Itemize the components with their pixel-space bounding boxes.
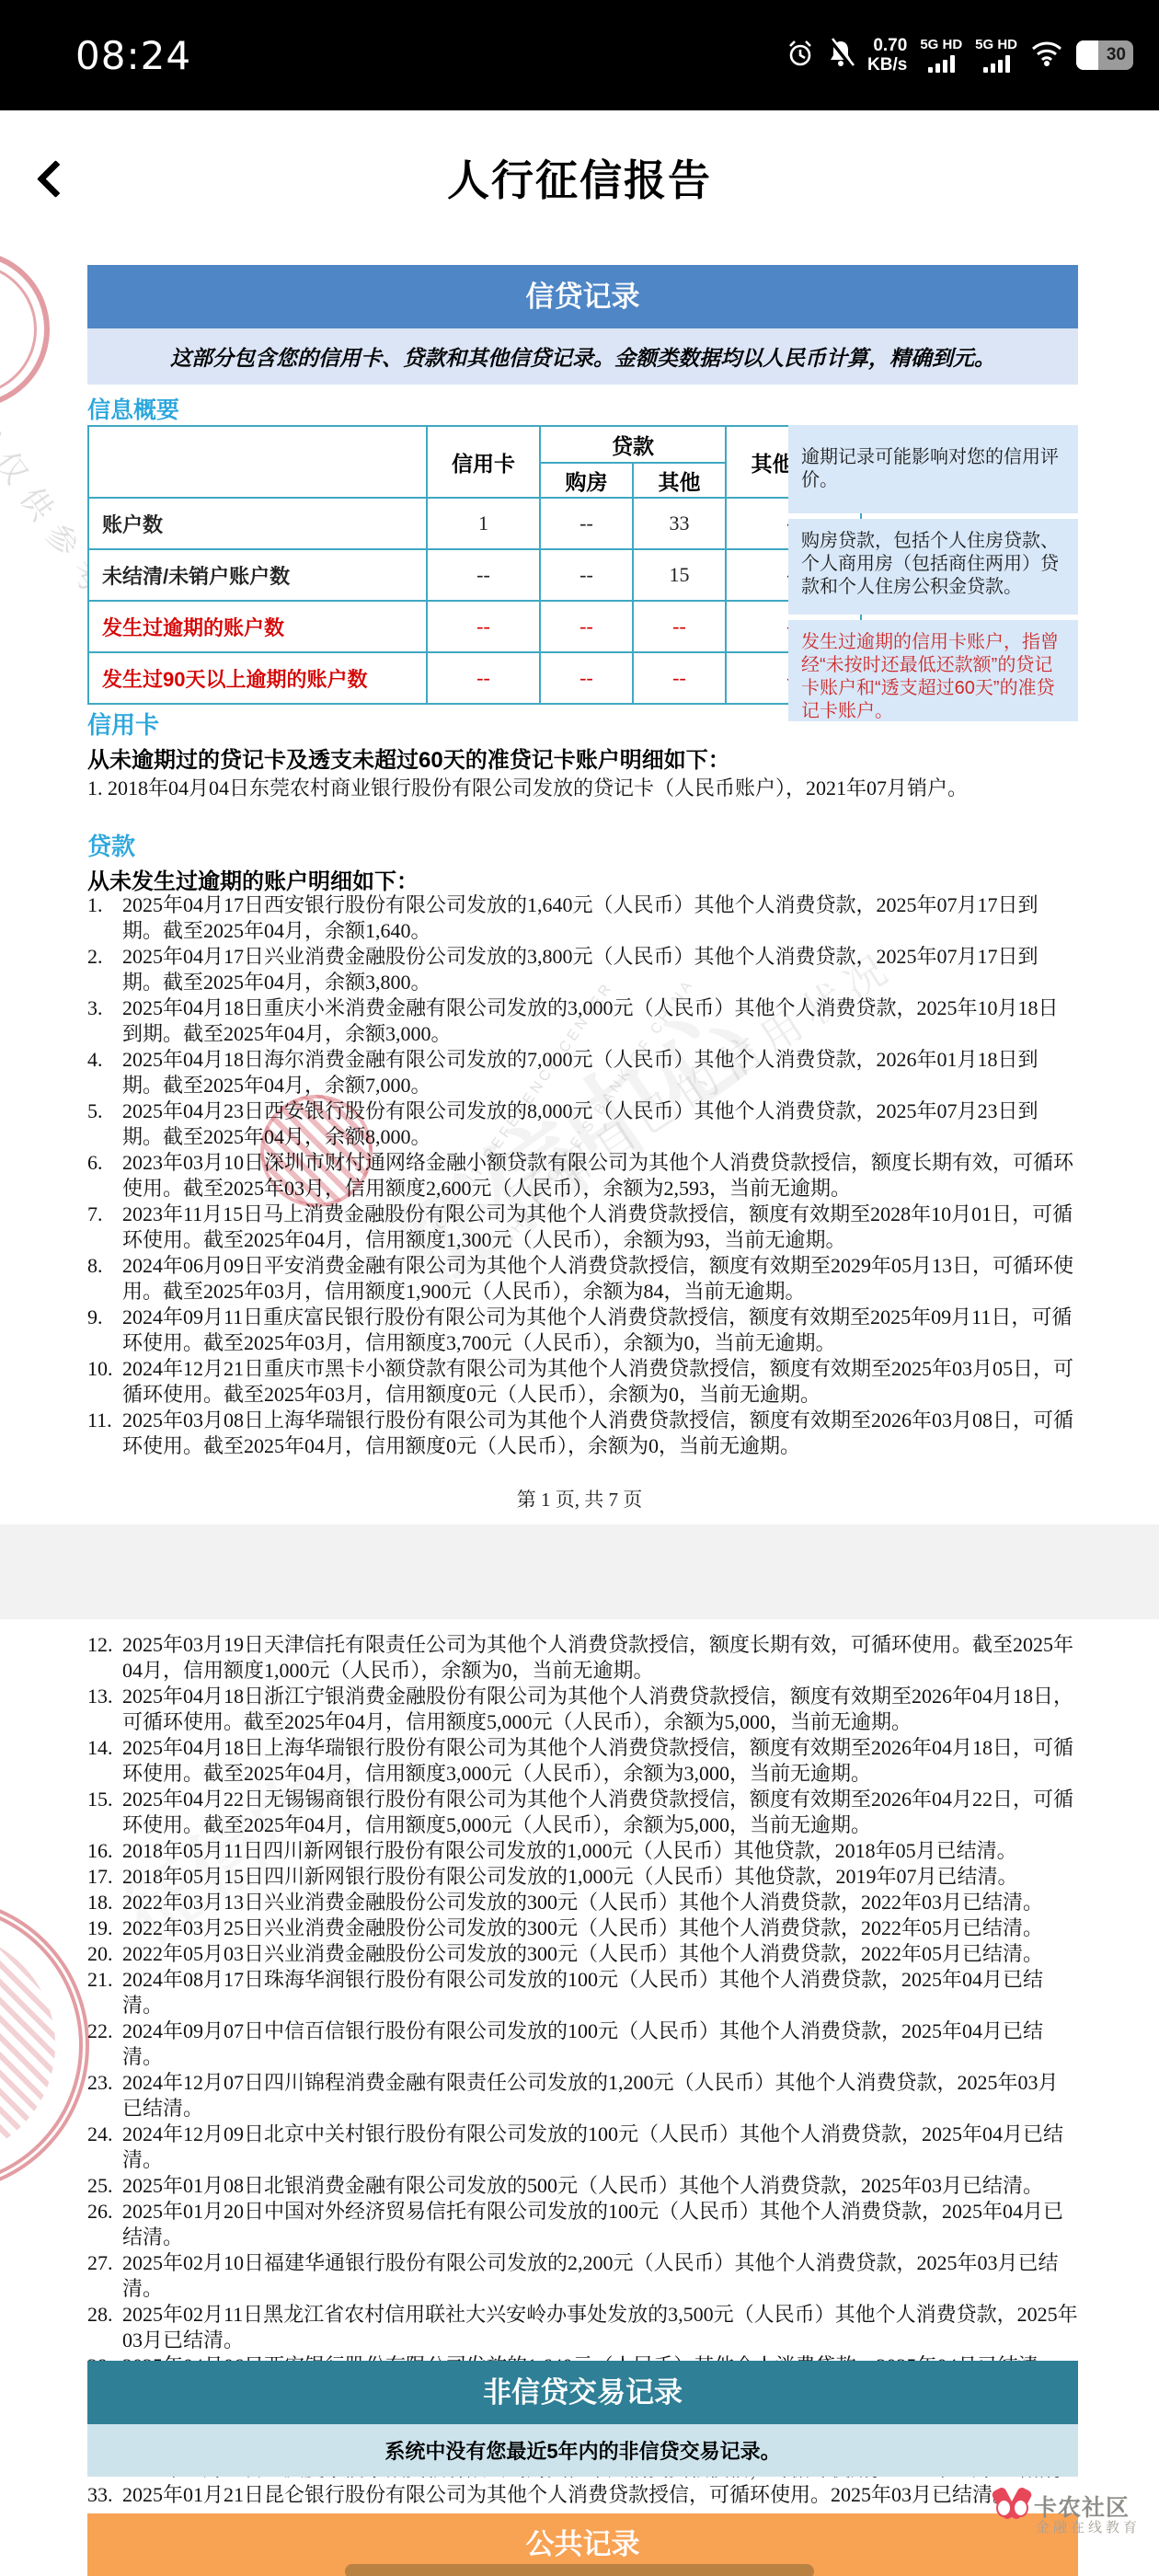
loan-item: 12.2025年03月19日天津信托有限责任公司为其他个人消费贷款授信，额度长期… [87,1632,1078,1684]
note-overdue-hint: 逾期记录可能影响对您的信用评价。 [788,425,1078,513]
loan-item-text: 2025年04月18日浙江宁银消费金融股份有限公司为其他个人消费贷款授信，额度有… [122,1684,1078,1735]
loan-item-text: 2024年09月07日中信百信银行股份有限公司发放的100元（人民币）其他个人消… [122,2018,1078,2070]
credit-records-description: 这部分包含您的信用卡、贷款和其他信贷记录。金额类数据均以人民币计算，精确到元。 [87,328,1078,385]
table-row-overdue: 发生过逾期的账户数 -- -- -- -- [88,601,861,652]
loan-item: 8.2024年06月09日平安消费金融有限公司为其他个人消费贷款授信，额度有效期… [87,1253,1078,1305]
loan-item-number: 25. [87,2173,122,2199]
loan-item-text: 2025年04月18日海尔消费金融有限公司发放的7,000元（人民币）其他个人消… [122,1047,1078,1098]
loan-item: 3.2025年04月18日重庆小米消费金融有限公司发放的3,000元（人民币）其… [87,995,1078,1047]
table-row-overdue-90: 发生过90天以上逾期的账户数 -- -- -- -- [88,652,861,704]
loan-item-text: 2022年05月03日兴业消费金融股份公司发放的300元（人民币）其他个人消费贷… [122,1941,1078,1967]
non-credit-banner: 非信贷交易记录 [87,2361,1078,2424]
wifi-icon [1030,40,1063,72]
loan-item-number: 17. [87,1864,122,1890]
community-logo: 卡农社区 金融在线教育 [990,2478,1159,2537]
loan-item: 6.2023年03月10日深圳市财付通网络金融小额贷款有限公司为其他个人消费贷款… [87,1150,1078,1202]
loan-item: 33.2025年01月21日昆仑银行股份有限公司为其他个人消费贷款授信，可循环使… [87,2482,1078,2508]
loan-item: 17.2018年05月15日四川新网银行股份有限公司发放的1,000元（人民币）… [87,1864,1078,1890]
credit-records-banner: 信贷记录 [87,265,1078,328]
red-seal-watermark [0,250,50,408]
loan-item-text: 2022年03月25日兴业消费金融股份公司发放的300元（人民币）其他个人消费贷… [122,1915,1078,1941]
battery-level: 30 [1107,45,1126,65]
loan-item: 11.2025年03月08日上海华瑞银行股份有限公司为其他个人消费贷款授信，额度… [87,1408,1078,1459]
loan-item-number: 14. [87,1735,122,1787]
summary-heading: 信息概要 [87,392,179,425]
loan-item-text: 2025年04月18日上海华瑞银行股份有限公司为其他个人消费贷款授信，额度有效期… [122,1735,1078,1787]
loan-item: 18.2022年03月13日兴业消费金融股份公司发放的300元（人民币）其他个人… [87,1890,1078,1915]
loan-item: 20.2022年05月03日兴业消费金融股份公司发放的300元（人民币）其他个人… [87,1941,1078,1967]
loan-item: 5.2025年04月23日西安银行股份有限公司发放的8,000元（人民币）其他个… [87,1098,1078,1150]
loan-item-number: 26. [87,2199,122,2250]
loan-item-text: 2018年05月15日四川新网银行股份有限公司发放的1,000元（人民币）其他贷… [122,1864,1078,1890]
loan-item-text: 2022年03月13日兴业消费金融股份公司发放的300元（人民币）其他个人消费贷… [122,1890,1078,1915]
loan-item-number: 5. [87,1098,122,1150]
loan-item: 15.2025年04月22日无锡锡商银行股份有限公司为其他个人消费贷款授信，额度… [87,1787,1078,1838]
community-logo-subtitle: 金融在线教育 [1036,2517,1141,2536]
loan-item: 24.2024年12月09日北京中关村银行股份有限公司发放的100元（人民币）其… [87,2122,1078,2173]
loan-item-text: 2025年02月10日福建华通银行股份有限公司发放的2,200元（人民币）其他个… [122,2250,1078,2302]
credit-card-heading: 信用卡 [87,707,159,741]
loan-item-number: 23. [87,2070,122,2122]
loan-item-number: 11. [87,1408,122,1459]
loan-item-number: 27. [87,2250,122,2302]
loan-item-text: 2025年02月11日黑龙江省农村信用联社大兴安岭办事处发放的3,500元（人民… [122,2302,1078,2353]
summary-table: 信用卡 贷款 其他业务 购房 其他 账户数 1 -- 33 -- 未结清/未销户… [87,425,862,705]
loan-item-number: 1. [87,892,122,944]
loan-item: 28.2025年02月11日黑龙江省农村信用联社大兴安岭办事处发放的3,500元… [87,2302,1078,2353]
loan-item-number: 28. [87,2302,122,2353]
loan-item-text: 2025年04月17日兴业消费金融股份公司发放的3,800元（人民币）其他个人消… [122,944,1078,995]
col-loan: 贷款 [540,426,726,463]
status-bar: 08:24 0.70 KB/s 5G HD [0,0,1159,110]
loan-item-text: 2025年04月23日西安银行股份有限公司发放的8,000元（人民币）其他个人消… [122,1098,1078,1150]
signal-bars-icon [983,54,1010,73]
page-separator [0,1524,1159,1619]
loan-list-page1: 1.2025年04月17日西安银行股份有限公司发放的1,640元（人民币）其他个… [87,892,1078,1459]
loan-item-number: 2. [87,944,122,995]
non-credit-description: 系统中没有您最近5年内的非信贷交易记录。 [87,2424,1078,2477]
loan-item-text: 2025年03月08日上海华瑞银行股份有限公司为其他个人消费贷款授信，额度有效期… [122,1408,1078,1459]
clock-time: 08:24 [75,33,191,78]
loan-item-text: 2018年05月11日四川新网银行股份有限公司发放的1,000元（人民币）其他贷… [122,1838,1078,1864]
loan-item: 4.2025年04月18日海尔消费金融有限公司发放的7,000元（人民币）其他个… [87,1047,1078,1098]
battery-icon: 30 [1076,40,1133,70]
loan-item-text: 2025年03月19日天津信托有限责任公司为其他个人消费贷款授信，额度长期有效，… [122,1632,1078,1684]
app-header: 人行征信报告 [0,110,1159,248]
loan-item-number: 8. [87,1253,122,1305]
loan-item: 26.2025年01月20日中国对外经济贸易信托有限公司发放的100元（人民币）… [87,2199,1078,2250]
loan-item: 22.2024年09月07日中信百信银行股份有限公司发放的100元（人民币）其他… [87,2018,1078,2070]
loan-item-number: 9. [87,1305,122,1356]
sim1-signal: 5G HD [920,38,962,73]
loan-item-number: 24. [87,2122,122,2173]
red-seal-watermark [0,1897,89,2193]
loan-intro: 从未发生过逾期的账户明细如下： [87,863,419,895]
loan-item-number: 22. [87,2018,122,2070]
loan-item: 9.2024年09月11日重庆富民银行股份有限公司为其他个人消费贷款授信，额度有… [87,1305,1078,1356]
loan-item-number: 7. [87,1202,122,1253]
loan-item-text: 2024年12月09日北京中关村银行股份有限公司发放的100元（人民币）其他个人… [122,2122,1078,2173]
network-speed: 0.70 KB/s [867,36,907,75]
loan-item-number: 16. [87,1838,122,1864]
loan-item-text: 2024年06月09日平安消费金融有限公司为其他个人消费贷款授信，额度有效期至2… [122,1253,1078,1305]
loan-item-text: 2025年04月17日西安银行股份有限公司发放的1,640元（人民币）其他个人消… [122,892,1078,944]
loan-item-number: 12. [87,1632,122,1684]
scrollbar-pill[interactable] [345,2564,814,2576]
public-records-title: 公共记录 [87,2521,1078,2569]
loan-item-text: 2024年12月21日重庆市黑卡小额贷款有限公司为其他个人消费贷款授信，额度有效… [122,1356,1078,1408]
loan-item-number: 19. [87,1915,122,1941]
note-overdue-card: 发生过逾期的信用卡账户，指曾经“未按时还最低还款额”的贷记卡账户和“透支超过60… [788,620,1078,721]
credit-card-intro: 从未逾期过的贷记卡及透支未超过60天的准贷记卡账户明细如下： [87,742,730,774]
table-row: 未结清/未销户账户数 -- -- 15 -- [88,549,861,601]
loan-item-text: 2025年04月22日无锡锡商银行股份有限公司为其他个人消费贷款授信，额度有效期… [122,1787,1078,1838]
sim2-signal: 5G HD [975,38,1017,73]
loan-item: 7.2023年11月15日马上消费金融股份有限公司为其他个人消费贷款授信，额度有… [87,1202,1078,1253]
loan-item-text: 2025年01月20日中国对外经济贸易信托有限公司发放的100元（人民币）其他个… [122,2199,1078,2250]
loan-item-text: 2023年03月10日深圳市财付通网络金融小额贷款有限公司为其他个人消费贷款授信… [122,1150,1078,1202]
loan-item: 13.2025年04月18日浙江宁银消费金融股份有限公司为其他个人消费贷款授信，… [87,1684,1078,1735]
loan-item-text: 2025年01月21日昆仑银行股份有限公司为其他个人消费贷款授信，可循环使用。2… [122,2482,1078,2508]
loan-item-number: 3. [87,995,122,1047]
credit-card-item: 1. 2018年04月04日东莞农村商业银行股份有限公司发放的贷记卡（人民币账户… [87,773,1078,801]
loan-item-text: 2024年12月07日四川锦程消费金融有限责任公司发放的1,200元（人民币）其… [122,2070,1078,2122]
loan-item: 16.2018年05月11日四川新网银行股份有限公司发放的1,000元（人民币）… [87,1838,1078,1864]
col-loan-other: 其他 [633,463,726,498]
table-notes: 逾期记录可能影响对您的信用评价。 购房贷款，包括个人住房贷款、个人商用房（包括商… [788,425,1078,721]
loan-item-number: 13. [87,1684,122,1735]
loan-item-text: 2025年04月18日重庆小米消费金融有限公司发放的3,000元（人民币）其他个… [122,995,1078,1047]
alarm-icon [786,38,814,74]
loan-item-number: 33. [87,2482,122,2508]
loan-item-number: 6. [87,1150,122,1202]
loan-item-text: 2023年11月15日马上消费金融股份有限公司为其他个人消费贷款授信，额度有效期… [122,1202,1078,1253]
signal-bars-icon [928,54,955,73]
loan-item-number: 4. [87,1047,122,1098]
loan-item-number: 15. [87,1787,122,1838]
col-loan-house: 购房 [540,463,633,498]
loan-item-text: 2025年01月08日北银消费金融有限公司发放的500元（人民币）其他个人消费贷… [122,2173,1078,2199]
loan-item: 14.2025年04月18日上海华瑞银行股份有限公司为其他个人消费贷款授信，额度… [87,1735,1078,1787]
col-credit-card: 信用卡 [427,426,540,498]
loan-item: 2.2025年04月17日兴业消费金融股份公司发放的3,800元（人民币）其他个… [87,944,1078,995]
page-title: 人行征信报告 [0,147,1159,208]
note-house-loan: 购房贷款，包括个人住房贷款、个人商用房（包括商住两用）贷款和个人住房公积金贷款。 [788,519,1078,615]
loan-item: 27.2025年02月10日福建华通银行股份有限公司发放的2,200元（人民币）… [87,2250,1078,2302]
loan-item: 21.2024年08月17日珠海华润银行股份有限公司发放的100元（人民币）其他… [87,1967,1078,2018]
table-row: 账户数 1 -- 33 -- [88,498,861,549]
loan-item-text: 2024年09月11日重庆富民银行股份有限公司为其他个人消费贷款授信，额度有效期… [122,1305,1078,1356]
loan-item: 25.2025年01月08日北银消费金融有限公司发放的500元（人民币）其他个人… [87,2173,1078,2199]
loan-item-number: 18. [87,1890,122,1915]
loan-item-number: 10. [87,1356,122,1408]
loan-item: 19.2022年03月25日兴业消费金融股份公司发放的300元（人民币）其他个人… [87,1915,1078,1941]
loan-item: 23.2024年12月07日四川锦程消费金融有限责任公司发放的1,200元（人民… [87,2070,1078,2122]
loan-item-number: 20. [87,1941,122,1967]
credit-report-screen: 08:24 0.70 KB/s 5G HD [0,0,1159,2576]
community-logo-icon [995,2484,1028,2524]
page-indicator: 第 1 页, 共 7 页 [0,1485,1159,1512]
loan-item: 10.2024年12月21日重庆市黑卡小额贷款有限公司为其他个人消费贷款授信，额… [87,1356,1078,1408]
loan-item-number: 21. [87,1967,122,2018]
loan-item: 1.2025年04月17日西安银行股份有限公司发放的1,640元（人民币）其他个… [87,892,1078,944]
loan-heading: 贷款 [87,828,135,862]
bell-muted-icon [827,38,855,74]
loan-item-text: 2024年08月17日珠海华润银行股份有限公司发放的100元（人民币）其他个人消… [122,1967,1078,2018]
